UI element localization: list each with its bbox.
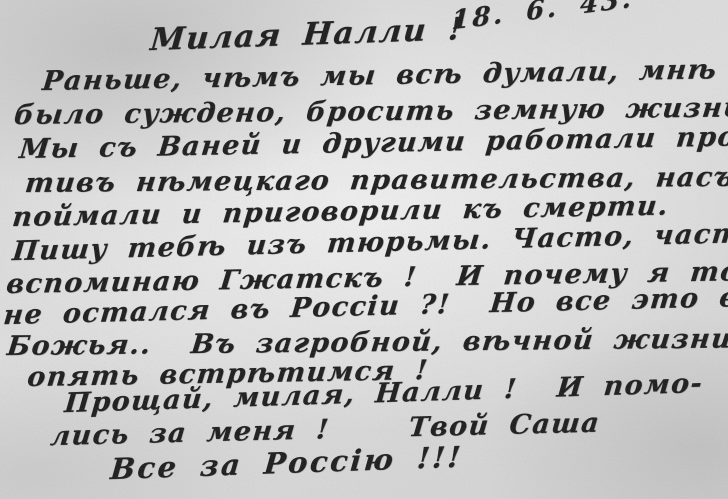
letter-photo: Милая Налли ! 18. 6. 43. Раньше, чѣмъ мы… bbox=[0, 0, 728, 499]
letter-line: Раньше, чѣмъ мы всѣ думали, мнѣ bbox=[41, 54, 719, 97]
letter-date: 18. 6. 43. bbox=[451, 0, 634, 36]
letter-salutation: Милая Налли ! bbox=[149, 11, 465, 58]
